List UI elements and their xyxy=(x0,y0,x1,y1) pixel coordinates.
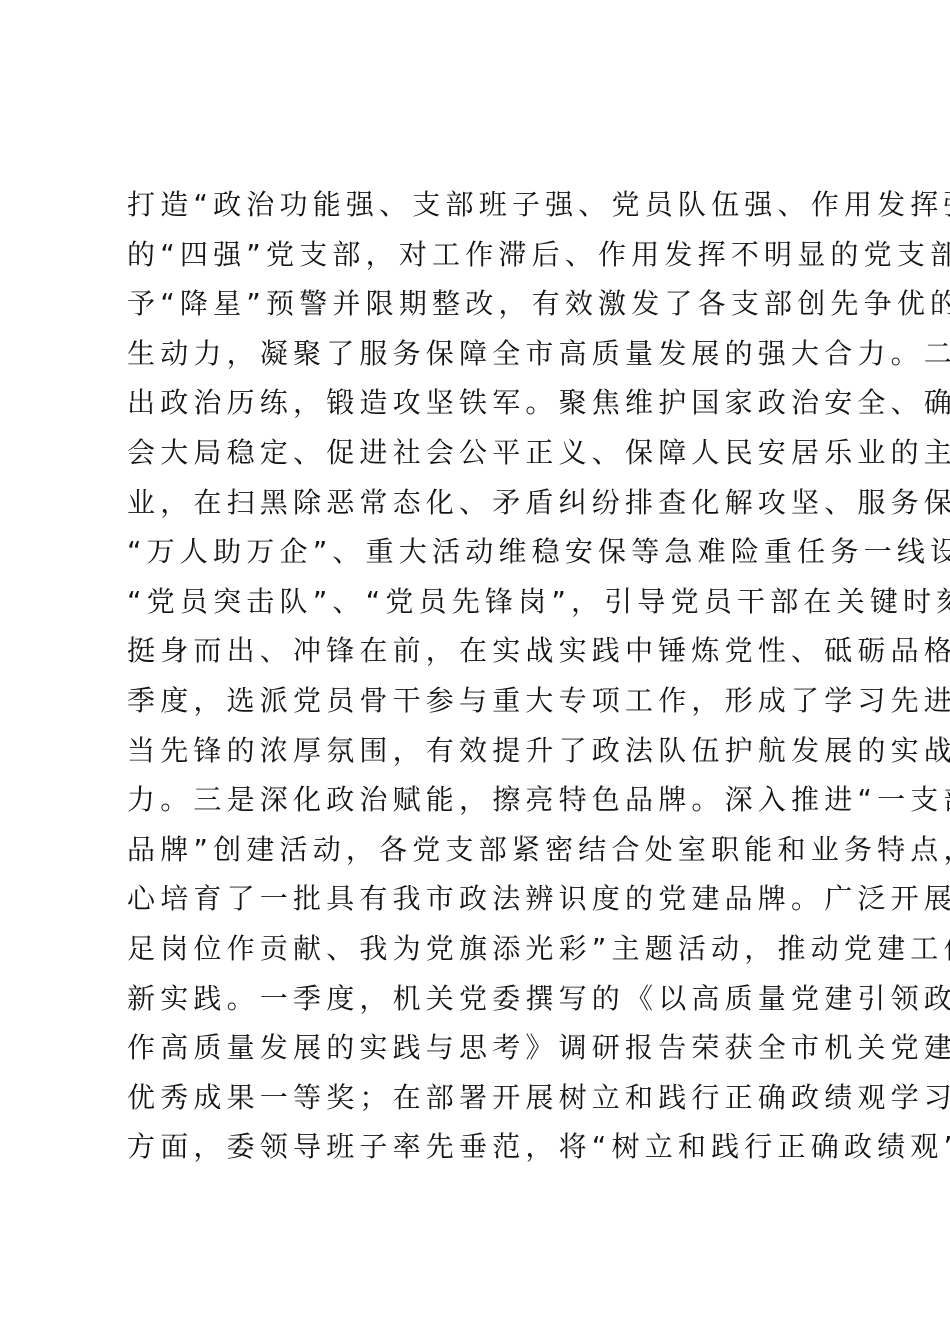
text-line: 挺身而出、冲锋在前，在实战实践中锤炼党性、砥砺品格。一 xyxy=(127,626,847,676)
text-line: 会大局稳定、促进社会公平正义、保障人民安居乐业的主责主 xyxy=(127,428,847,478)
text-line: 季度，选派党员骨干参与重大专项工作，形成了学习先进、争 xyxy=(127,676,847,726)
text-line: 的“四强”党支部，对工作滞后、作用发挥不明显的党支部给 xyxy=(127,230,847,280)
document-page: 打造“政治功能强、支部班子强、党员队伍强、作用发挥强” 的“四强”党支部，对工作… xyxy=(0,0,950,1344)
text-line: 作高质量发展的实践与思考》调研报告荣获全市机关党建研究 xyxy=(127,1023,847,1073)
text-line: 出政治历练，锻造攻坚铁军。聚焦维护国家政治安全、确保社 xyxy=(127,378,847,428)
body-paragraph: 打造“政治功能强、支部班子强、党员队伍强、作用发挥强” 的“四强”党支部，对工作… xyxy=(127,180,847,1172)
text-line: 心培育了一批具有我市政法辨识度的党建品牌。广泛开展“立 xyxy=(127,874,847,924)
text-line: 足岗位作贡献、我为党旗添光彩”主题活动，推动党建工作创 xyxy=(127,924,847,974)
text-line: 品牌”创建活动，各党支部紧密结合处室职能和业务特点，精 xyxy=(127,825,847,875)
text-line: 力。三是深化政治赋能，擦亮特色品牌。深入推进“一支部一 xyxy=(127,775,847,825)
text-line: 优秀成果一等奖；在部署开展树立和践行正确政绩观学习教育 xyxy=(127,1073,847,1123)
text-line: 予“降星”预警并限期整改，有效激发了各支部创先争优的内 xyxy=(127,279,847,329)
text-line: 打造“政治功能强、支部班子强、党员队伍强、作用发挥强” xyxy=(127,180,847,230)
text-line: 生动力，凝聚了服务保障全市高质量发展的强大合力。二是突 xyxy=(127,329,847,379)
text-line: 业，在扫黑除恶常态化、矛盾纠纷排查化解攻坚、服务保障 xyxy=(127,478,847,528)
text-line: 方面，委领导班子率先垂范，将“树立和践行正确政绩观”纳 xyxy=(127,1122,847,1172)
text-line: “万人助万企”、重大活动维稳安保等急难险重任务一线设立 xyxy=(127,527,847,577)
text-line: 当先锋的浓厚氛围，有效提升了政法队伍护航发展的实战能 xyxy=(127,726,847,776)
text-line: “党员突击队”、“党员先锋岗”，引导党员干部在关键时刻 xyxy=(127,577,847,627)
text-line: 新实践。一季度，机关党委撰写的《以高质量党建引领政法工 xyxy=(127,974,847,1024)
